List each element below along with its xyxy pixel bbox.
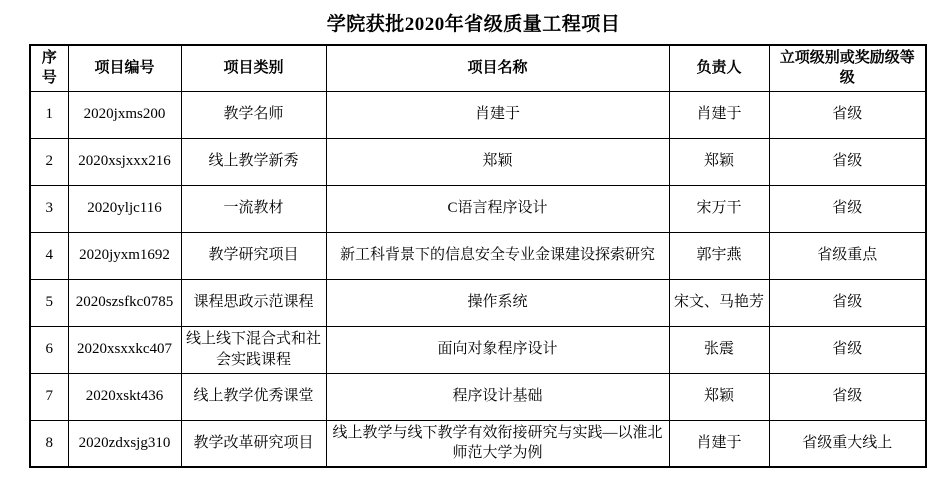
cell-seq: 2 [30,138,68,185]
cell-id: 2020xskt436 [68,373,181,420]
table-row: 22020xsjxxx216线上教学新秀郑颖郑颖省级 [30,138,926,185]
cell-level: 省级 [769,373,926,420]
column-header-level: 立项级别或奖励级等级 [769,45,926,91]
cell-category: 教学改革研究项目 [181,420,326,467]
cell-id: 2020xsxxkc407 [68,326,181,373]
column-header-id: 项目编号 [68,45,181,91]
cell-category: 线上教学优秀课堂 [181,373,326,420]
cell-name: C语言程序设计 [326,185,669,232]
cell-id: 2020yljc116 [68,185,181,232]
projects-table: 序号 项目编号 项目类别 项目名称 负责人 立项级别或奖励级等级 12020jx… [29,44,927,468]
cell-seq: 1 [30,91,68,138]
table-row: 12020jxms200教学名师肖建于肖建于省级 [30,91,926,138]
cell-leader: 宋文、马艳芳 [669,279,769,326]
cell-name: 面向对象程序设计 [326,326,669,373]
cell-level: 省级 [769,91,926,138]
table-row: 72020xskt436线上教学优秀课堂程序设计基础郑颖省级 [30,373,926,420]
cell-category: 教学名师 [181,91,326,138]
cell-category: 线上线下混合式和社会实践课程 [181,326,326,373]
cell-name: 线上教学与线下教学有效衔接研究与实践—以淮北师范大学为例 [326,420,669,467]
cell-level: 省级 [769,279,926,326]
cell-leader: 宋万干 [669,185,769,232]
cell-seq: 3 [30,185,68,232]
table-row: 62020xsxxkc407线上线下混合式和社会实践课程面向对象程序设计张震省级 [30,326,926,373]
table-row: 42020jyxm1692教学研究项目新工科背景下的信息安全专业金课建设探索研究… [30,232,926,279]
cell-id: 2020jxms200 [68,91,181,138]
cell-name: 肖建于 [326,91,669,138]
cell-seq: 4 [30,232,68,279]
cell-category: 课程思政示范课程 [181,279,326,326]
column-header-name: 项目名称 [326,45,669,91]
cell-category: 线上教学新秀 [181,138,326,185]
cell-id: 2020szsfkc0785 [68,279,181,326]
cell-seq: 6 [30,326,68,373]
page-title: 学院获批2020年省级质量工程项目 [0,0,947,44]
table-body: 12020jxms200教学名师肖建于肖建于省级22020xsjxxx216线上… [30,91,926,467]
cell-level: 省级 [769,138,926,185]
cell-leader: 郑颖 [669,373,769,420]
cell-name: 程序设计基础 [326,373,669,420]
header-row: 序号 项目编号 项目类别 项目名称 负责人 立项级别或奖励级等级 [30,45,926,91]
cell-name: 新工科背景下的信息安全专业金课建设探索研究 [326,232,669,279]
table-header: 序号 项目编号 项目类别 项目名称 负责人 立项级别或奖励级等级 [30,45,926,91]
cell-id: 2020jyxm1692 [68,232,181,279]
cell-seq: 5 [30,279,68,326]
cell-level: 省级 [769,326,926,373]
column-header-category: 项目类别 [181,45,326,91]
cell-leader: 郑颖 [669,138,769,185]
cell-category: 教学研究项目 [181,232,326,279]
cell-level: 省级 [769,185,926,232]
table-row: 82020zdxsjg310教学改革研究项目线上教学与线下教学有效衔接研究与实践… [30,420,926,467]
cell-seq: 7 [30,373,68,420]
cell-level: 省级重点 [769,232,926,279]
cell-id: 2020zdxsjg310 [68,420,181,467]
cell-id: 2020xsjxxx216 [68,138,181,185]
cell-name: 郑颖 [326,138,669,185]
cell-leader: 郭宇燕 [669,232,769,279]
cell-leader: 张震 [669,326,769,373]
column-header-leader: 负责人 [669,45,769,91]
cell-leader: 肖建于 [669,420,769,467]
cell-name: 操作系统 [326,279,669,326]
cell-leader: 肖建于 [669,91,769,138]
cell-category: 一流教材 [181,185,326,232]
cell-level: 省级重大线上 [769,420,926,467]
cell-seq: 8 [30,420,68,467]
table-row: 52020szsfkc0785课程思政示范课程操作系统宋文、马艳芳省级 [30,279,926,326]
table-row: 32020yljc116一流教材C语言程序设计宋万干省级 [30,185,926,232]
column-header-seq: 序号 [30,45,68,91]
